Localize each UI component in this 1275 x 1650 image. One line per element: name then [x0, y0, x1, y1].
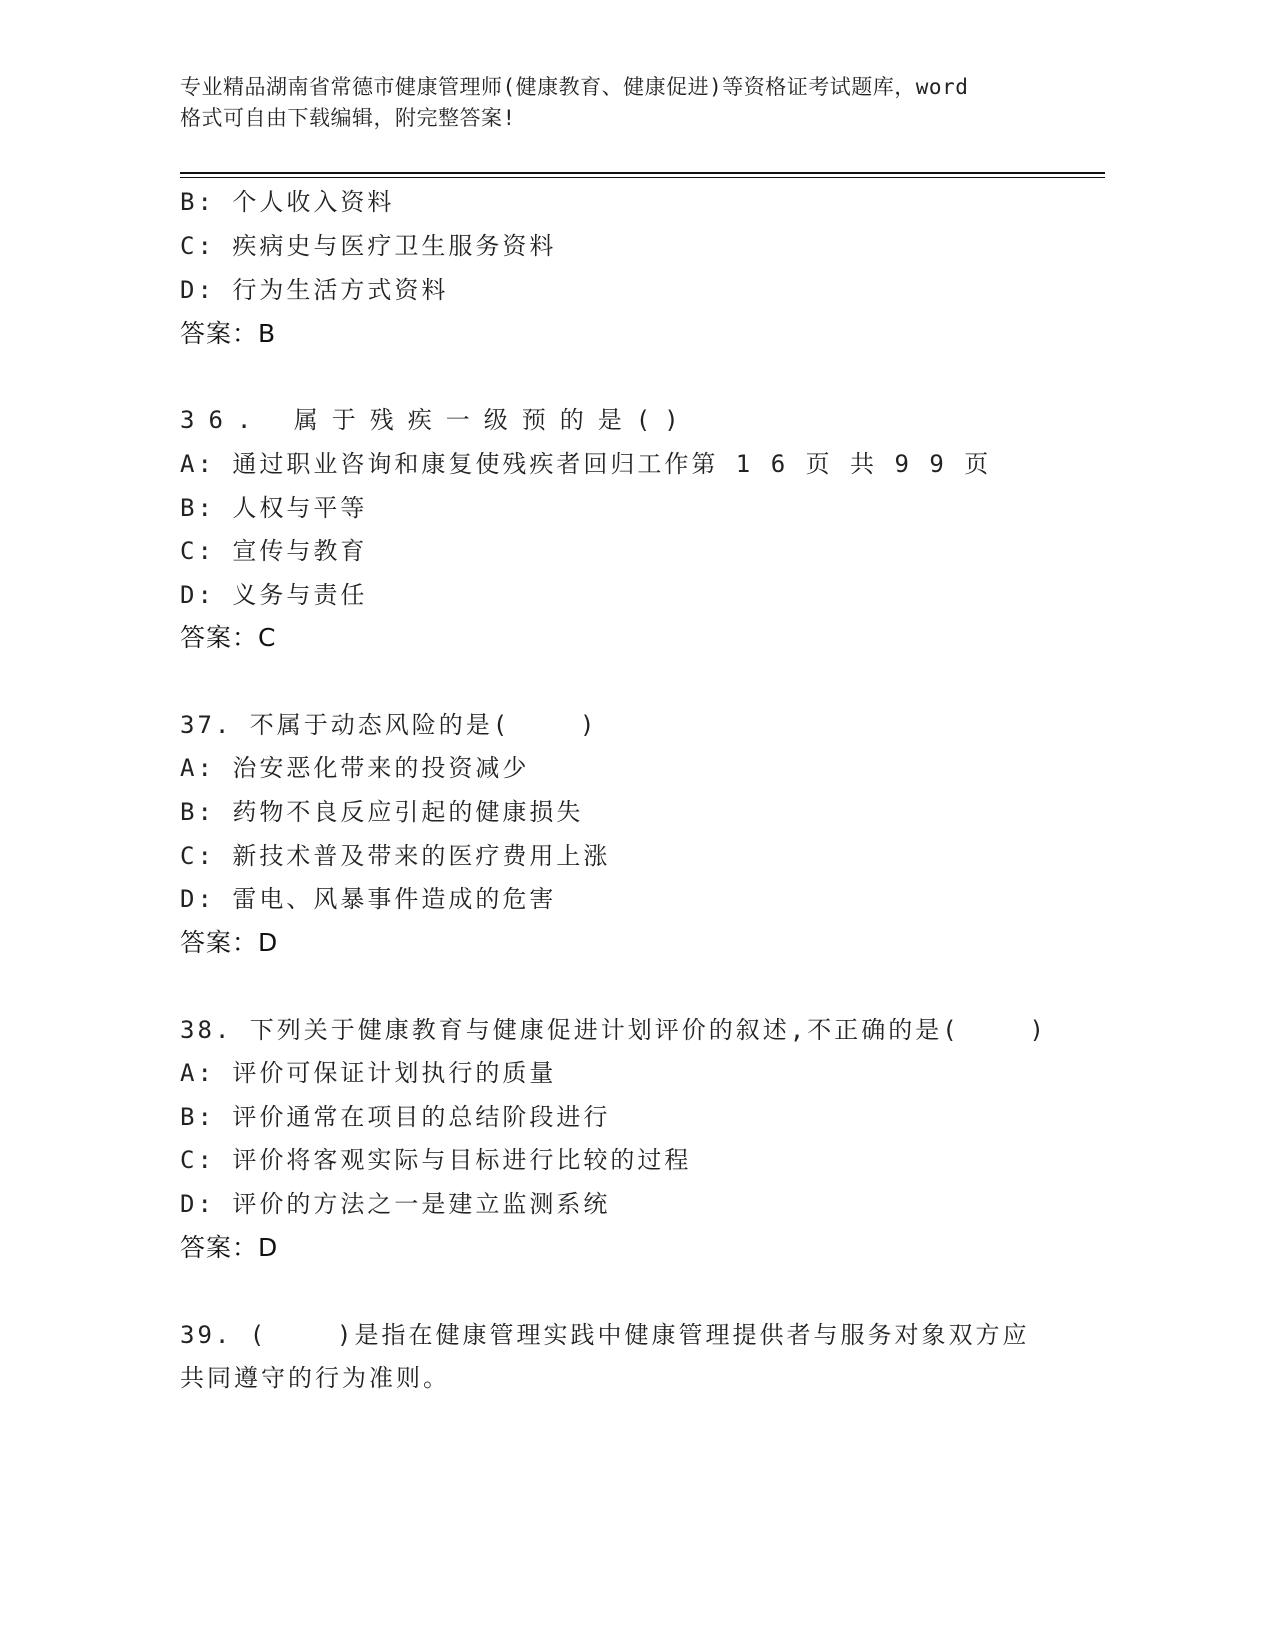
q36-option-a: A: 通过职业咨询和康复使残疾者回归工作第 1 6 页 共 9 9 页 [180, 449, 991, 479]
q36-option-b: B: 人权与平等 [180, 493, 367, 523]
header-line-2: 格式可自由下载编辑，附完整答案! [180, 103, 1060, 134]
q36-option-d: D: 义务与责任 [180, 580, 367, 610]
q37-option-b: B: 药物不良反应引起的健康损失 [180, 797, 583, 827]
q38-option-d: D: 评价的方法之一是建立监测系统 [180, 1189, 610, 1219]
q39-stem-line-2: 共同遵守的行为准则。 [180, 1363, 450, 1393]
document-page: 专业精品湖南省常德市健康管理师(健康教育、健康促进)等资格证考试题库，word … [0, 0, 1275, 1650]
q37-stem: 37. 不属于动态风险的是( ) [180, 710, 598, 740]
q36-option-c: C: 宣传与教育 [180, 536, 367, 566]
header-divider-thin [180, 177, 1105, 178]
q38-option-b: B: 评价通常在项目的总结阶段进行 [180, 1102, 610, 1132]
q38-stem: 38. 下列关于健康教育与健康促进计划评价的叙述,不正确的是( ) [180, 1015, 1047, 1045]
header-divider-thick [180, 172, 1105, 174]
q38-option-c: C: 评价将客观实际与目标进行比较的过程 [180, 1145, 691, 1175]
q37-option-a: A: 治安恶化带来的投资减少 [180, 753, 529, 783]
q35-option-c: C: 疾病史与医疗卫生服务资料 [180, 231, 556, 261]
q37-option-d: D: 雷电、风暴事件造成的危害 [180, 884, 556, 914]
q38-answer: 答案：D [180, 1233, 278, 1263]
q37-option-c: C: 新技术普及带来的医疗费用上涨 [180, 841, 610, 871]
q36-stem: 36. 属于残疾一级预的是() [180, 405, 693, 435]
q35-option-b: B: 个人收入资料 [180, 187, 394, 217]
document-header: 专业精品湖南省常德市健康管理师(健康教育、健康促进)等资格证考试题库，word … [180, 72, 1060, 134]
q39-stem-line-1: 39. ( )是指在健康管理实践中健康管理提供者与服务对象双方应 [180, 1320, 1030, 1350]
q38-option-a: A: 评价可保证计划执行的质量 [180, 1058, 556, 1088]
q35-answer: 答案：B [180, 319, 276, 349]
header-line-1: 专业精品湖南省常德市健康管理师(健康教育、健康促进)等资格证考试题库，word [180, 72, 1060, 103]
q35-option-d: D: 行为生活方式资料 [180, 275, 448, 305]
q37-answer: 答案：D [180, 928, 278, 958]
q36-answer: 答案：C [180, 623, 276, 653]
